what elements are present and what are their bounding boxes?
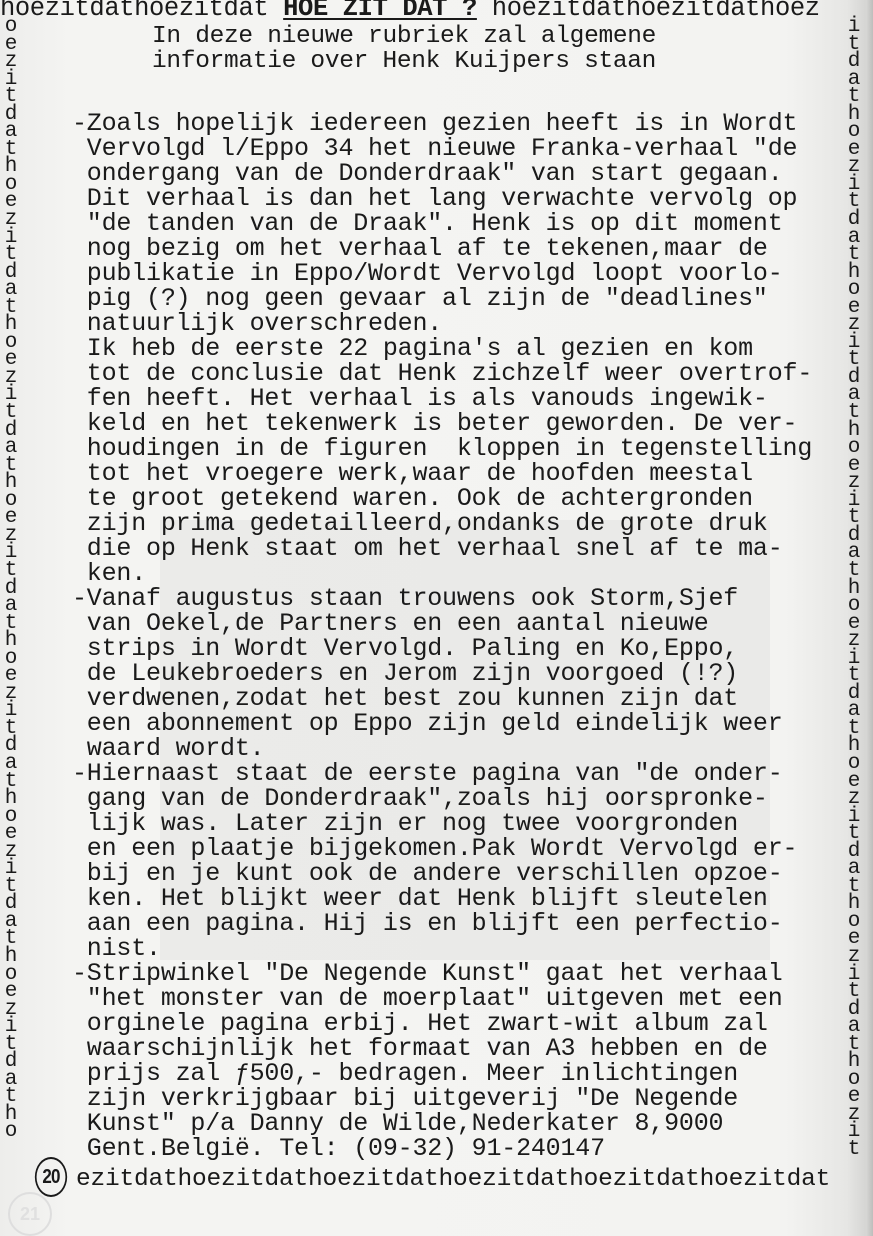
text-line: orginele pagina erbij. Het zwart-wit alb…: [72, 1011, 812, 1036]
right-border-column: i t d a t h o e z i t d a t h o e z i t …: [846, 18, 862, 1159]
text-line: Ik heb de eerste 22 pagina's al gezien e…: [72, 336, 812, 361]
text-line: Dit verhaal is dan het lang verwachte ve…: [72, 186, 812, 211]
text-line: ken. Het blijkt weer dat Henk blijft sle…: [72, 886, 812, 911]
text-line: "de tanden van de Draak". Henk is op dit…: [72, 211, 812, 236]
text-line: Gent.België. Tel: (09-32) 91-240147: [72, 1136, 812, 1161]
intro-line: informatie over Henk Kuijpers staan: [152, 49, 656, 74]
text-line: lijk was. Later zijn er nog twee voorgro…: [72, 811, 812, 836]
text-line: natuurlijk overschreden.: [72, 311, 812, 336]
text-line: fen heeft. Het verhaal is als vanouds in…: [72, 386, 812, 411]
text-line: "het monster van de moerplaat" uitgeven …: [72, 986, 812, 1011]
text-line: houdingen in de figuren kloppen in tegen…: [72, 436, 812, 461]
text-line: pig (?) nog geen gevaar al zijn de "dead…: [72, 286, 812, 311]
text-line: die op Henk staat om het verhaal snel af…: [72, 536, 812, 561]
text-line: tot de conclusie dat Henk zichzelf weer …: [72, 361, 812, 386]
text-line: nog bezig om het verhaal af te tekenen,m…: [72, 236, 812, 261]
article-body: -Zoals hopelijk iedereen gezien heeft is…: [72, 111, 812, 1161]
header-border-prefix: hoezitdathoezitdat: [0, 0, 283, 23]
text-line: bij en je kunt ook de andere verschillen…: [72, 861, 812, 886]
page-number-badge: 20: [35, 1157, 67, 1197]
article-paragraph: -Zoals hopelijk iedereen gezien heeft is…: [72, 111, 812, 586]
text-line: keld en het tekenwerk is beter geworden.…: [72, 411, 812, 436]
left-border-column: o e z i t d a t h o e z i t d a t h o e …: [3, 18, 19, 1141]
text-line: de Leukebroeders en Jerom zijn voorgoed …: [72, 661, 812, 686]
header-line: hoezitdathoezitdat HOE ZIT DAT ? hoezitd…: [0, 0, 820, 22]
page-edge: [866, 0, 873, 1236]
text-line: waard wordt.: [72, 736, 812, 761]
text-line: zijn prima gedetailleerd,ondanks de grot…: [72, 511, 812, 536]
text-line: verdwenen,zodat het best zou kunnen zijn…: [72, 686, 812, 711]
text-line: een abonnement op Eppo zijn geld eindeli…: [72, 711, 812, 736]
text-line: ken.: [72, 561, 812, 586]
text-line: prijs zal ƒ500,- bedragen. Meer inlichti…: [72, 1061, 812, 1086]
text-line: -Zoals hopelijk iedereen gezien heeft is…: [72, 111, 812, 136]
text-line: -Stripwinkel "De Negende Kunst" gaat het…: [72, 961, 812, 986]
article-paragraph: -Vanaf augustus staan trouwens ook Storm…: [72, 586, 812, 761]
footer-border-line: ezitdathoezitdathoezitdathoezitdathoezit…: [76, 1167, 830, 1193]
text-line: Kunst" p/a Danny de Wilde,Nederkater 8,9…: [72, 1111, 812, 1136]
article-paragraph: -Hiernaast staat de eerste pagina van "d…: [72, 761, 812, 961]
text-line: publikatie in Eppo/Wordt Vervolgd loopt …: [72, 261, 812, 286]
text-line: zijn verkrijgbaar bij uitgeverij "De Neg…: [72, 1086, 812, 1111]
intro-text: In deze nieuwe rubriek zal algemeneinfor…: [152, 24, 656, 74]
show-through-page-number: 21: [8, 1192, 52, 1236]
text-line: strips in Wordt Vervolgd. Paling en Ko,E…: [72, 636, 812, 661]
header-border-suffix: hoezitdathoezitdathoez: [477, 0, 820, 23]
intro-line: In deze nieuwe rubriek zal algemene: [152, 24, 656, 49]
text-line: -Vanaf augustus staan trouwens ook Storm…: [72, 586, 812, 611]
article-paragraph: -Stripwinkel "De Negende Kunst" gaat het…: [72, 961, 812, 1161]
text-line: tot het vroegere werk,waar de hoofden me…: [72, 461, 812, 486]
text-line: Vervolgd l/Eppo 34 het nieuwe Franka-ver…: [72, 136, 812, 161]
text-line: -Hiernaast staat de eerste pagina van "d…: [72, 761, 812, 786]
text-line: van Oekel,de Partners en een aantal nieu…: [72, 611, 812, 636]
text-line: nist.: [72, 936, 812, 961]
text-line: en een plaatje bijgekomen.Pak Wordt Verv…: [72, 836, 812, 861]
text-line: aan een pagina. Hij is en blijft een per…: [72, 911, 812, 936]
text-line: gang van de Donderdraak",zoals hij oorsp…: [72, 786, 812, 811]
text-line: ondergang van de Donderdraak" van start …: [72, 161, 812, 186]
text-line: waarschijnlijk het formaat van A3 hebben…: [72, 1036, 812, 1061]
page-title: HOE ZIT DAT ?: [283, 0, 477, 23]
text-line: te groot getekend waren. Ook de achtergr…: [72, 486, 812, 511]
